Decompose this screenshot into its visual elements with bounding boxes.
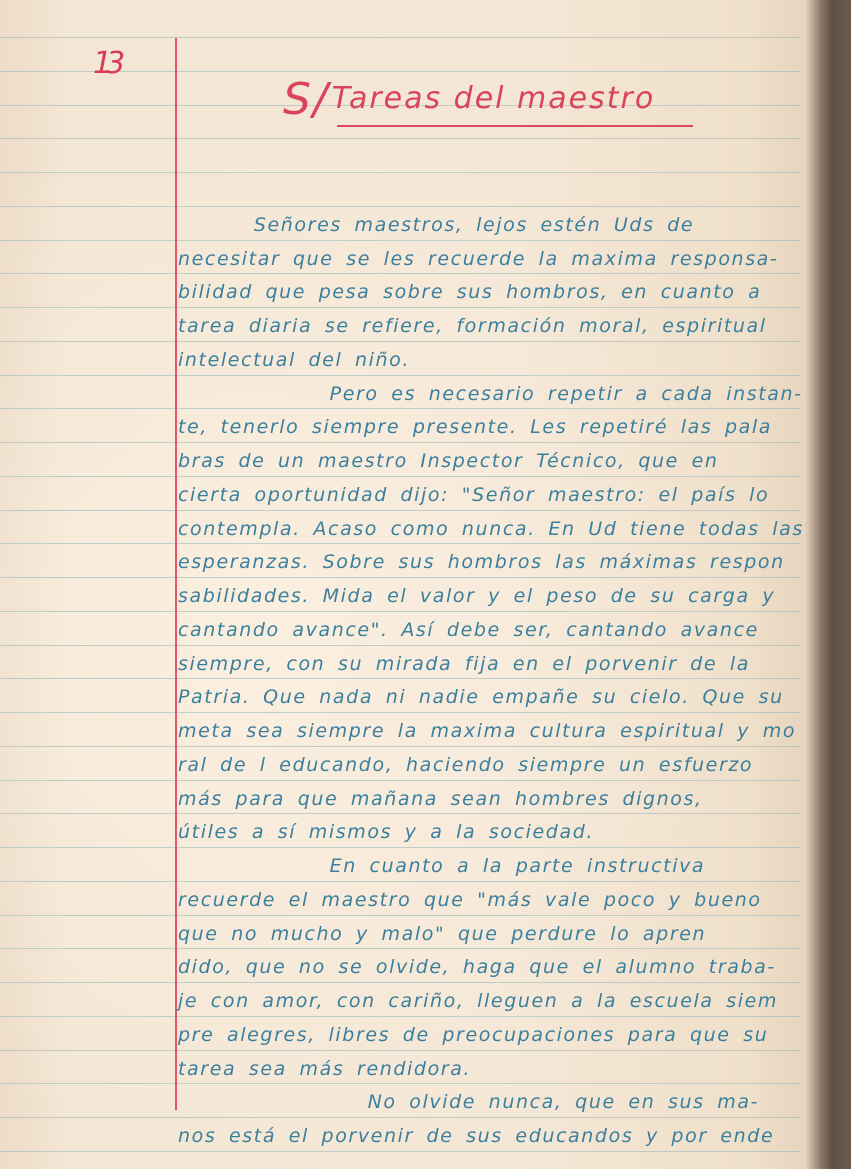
ruled-line [0, 375, 800, 376]
text-line: bilidad que pesa sobre sus hombros, en c… [178, 281, 778, 303]
ruled-line [0, 577, 800, 578]
ruled-line [0, 206, 800, 207]
ruled-line [0, 510, 800, 511]
ruled-line [0, 1083, 800, 1084]
ruled-line [0, 948, 800, 949]
notebook-page: 13 S/Tareas del maestro Señores maestros… [0, 0, 851, 1169]
text-line: esperanzas. Sobre sus hombros las máxima… [178, 551, 778, 573]
text-line: cantando avance". Así debe ser, cantando… [178, 619, 778, 641]
text-line: nos está el porvenir de sus educandos y … [178, 1125, 778, 1147]
text-line: más para que mañana sean hombres dignos, [178, 788, 778, 810]
text-line: recuerde el maestro que "más vale poco y… [178, 889, 778, 911]
ruled-line [0, 138, 800, 139]
ruled-line [0, 611, 800, 612]
ruled-line [0, 746, 800, 747]
text-line: Patria. Que nada ni nadie empañe su ciel… [178, 686, 778, 708]
ruled-line [0, 307, 800, 308]
ruled-line [0, 476, 800, 477]
ruled-line [0, 645, 800, 646]
ruled-line [0, 1117, 800, 1118]
margin-line [175, 38, 177, 1110]
binding-gutter [805, 0, 851, 1169]
text-line: No olvide nunca, que en sus ma- [178, 1091, 778, 1113]
text-line: dido, que no se olvide, haga que el alum… [178, 956, 778, 978]
page-number: 13 [93, 46, 119, 81]
ruled-line [0, 780, 800, 781]
ruled-line [0, 1016, 800, 1017]
ruled-line [0, 37, 800, 38]
text-line: siempre, con su mirada fija en el porven… [178, 653, 778, 675]
text-line: En cuanto a la parte instructiva [178, 855, 778, 877]
text-line: necesitar que se les recuerde la maxima … [178, 248, 778, 270]
text-line: pre alegres, libres de preocupaciones pa… [178, 1024, 778, 1046]
ruled-line [0, 442, 800, 443]
ruled-line [0, 982, 800, 983]
text-line: meta sea siempre la maxima cultura espir… [178, 720, 778, 742]
ruled-line [0, 881, 800, 882]
text-line: que no mucho y malo" que perdure lo apre… [178, 923, 778, 945]
text-line: cierta oportunidad dijo: "Señor maestro:… [178, 484, 778, 506]
ruled-line [0, 712, 800, 713]
ruled-line [0, 273, 800, 274]
text-line: contempla. Acaso como nunca. En Ud tiene… [178, 518, 778, 540]
ruled-line [0, 915, 800, 916]
ruled-line [0, 1050, 800, 1051]
text-line: tarea diaria se refiere, formación moral… [178, 315, 778, 337]
ruled-line [0, 240, 800, 241]
page-title: S/Tareas del maestro [283, 68, 655, 119]
ruled-line [0, 408, 800, 409]
text-line: te, tenerlo siempre presente. Les repeti… [178, 416, 778, 438]
title-text: Tareas del maestro [332, 81, 655, 116]
text-line: Señores maestros, lejos estén Uds de [178, 214, 778, 236]
title-prefix: S/ [283, 74, 330, 125]
text-line: bras de un maestro Inspector Técnico, qu… [178, 450, 778, 472]
ruled-line [0, 813, 800, 814]
title-underline [337, 125, 693, 127]
ruled-line [0, 543, 800, 544]
ruled-line [0, 172, 800, 173]
text-line: útiles a sí mismos y a la sociedad. [178, 821, 778, 843]
text-line: ral de l educando, haciendo siempre un e… [178, 754, 778, 776]
text-line: je con amor, con cariño, lleguen a la es… [178, 990, 778, 1012]
ruled-line [0, 678, 800, 679]
ruled-line [0, 847, 800, 848]
ruled-line [0, 341, 800, 342]
ruled-line [0, 1151, 800, 1152]
text-line: sabilidades. Mida el valor y el peso de … [178, 585, 778, 607]
text-line: tarea sea más rendidora. [178, 1058, 778, 1080]
text-line: intelectual del niño. [178, 349, 778, 371]
text-line: Pero es necesario repetir a cada instan- [178, 383, 778, 405]
